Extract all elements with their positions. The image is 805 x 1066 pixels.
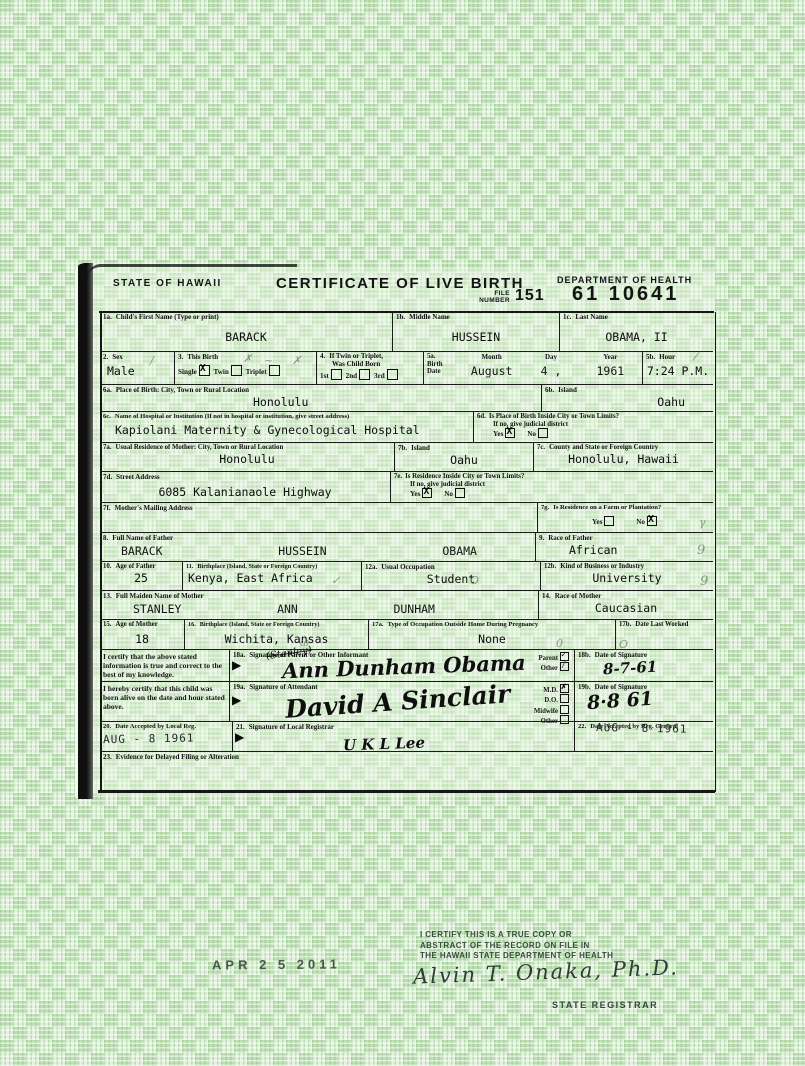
field-number: 5b. bbox=[646, 353, 655, 361]
field-number: 23. bbox=[103, 753, 112, 761]
field-number: 7f. bbox=[103, 504, 111, 512]
checkbox-single: X bbox=[199, 365, 210, 376]
father-industry-value: University bbox=[544, 571, 710, 585]
middle-name-value: HUSSEIN bbox=[396, 330, 556, 344]
mother-occupation-value: None bbox=[372, 632, 612, 646]
local-registrar-signature: U K L Lee bbox=[343, 734, 426, 755]
island-7b-value: Oahu bbox=[398, 453, 530, 467]
binding-edge bbox=[75, 263, 93, 799]
pencil-mark: / bbox=[150, 354, 154, 367]
island-value: Oahu bbox=[545, 395, 710, 409]
field-number: 10. bbox=[103, 563, 112, 570]
row-place-of-birth: 6a.Place of Birth: City, Town or Rural L… bbox=[100, 385, 713, 412]
checkbox-yes-7e: X bbox=[422, 488, 432, 498]
other-label: Other bbox=[541, 665, 558, 672]
row-mother-residence: 7a.Usual Residence of Mother: City, Town… bbox=[100, 443, 713, 472]
field-mailing-address: 7f.Mother's Mailing Address bbox=[100, 503, 538, 532]
row-street-address: 7d.Street Address 6085 Kalanianaole High… bbox=[100, 472, 713, 503]
checkbox-other-18: ∕ bbox=[560, 662, 569, 671]
hospital-value: Kapiolani Maternity & Gynecological Hosp… bbox=[103, 423, 470, 437]
field-label: Signature of Local Registrar bbox=[249, 723, 334, 731]
other-mark: ∕ bbox=[561, 660, 566, 670]
local-reg-date-stamp: AUG - 8 1961 bbox=[103, 731, 229, 746]
year-header: Year bbox=[581, 353, 640, 361]
reg-general-date-stamp: AUG - 8 1961 bbox=[596, 721, 710, 736]
field-number: 7c. bbox=[537, 444, 545, 451]
field-number: 1c. bbox=[563, 313, 571, 321]
field-label: Evidence for Delayed Filing or Alteratio… bbox=[116, 753, 239, 761]
field-number: 7d. bbox=[103, 473, 112, 481]
field-label: Age of Mother bbox=[116, 621, 158, 628]
md-mark: ✗ bbox=[561, 682, 566, 692]
field-number: 7a. bbox=[103, 444, 112, 451]
first-name-value: BARACK bbox=[103, 330, 389, 344]
field-county-state: 7c.County and State or Foreign Country H… bbox=[534, 443, 713, 471]
field-father-race: 9.Race of Father African bbox=[536, 533, 713, 561]
field-number: 1b. bbox=[396, 313, 405, 321]
row-father-details: 10.Age of Father 25 11.Birthplace (Islan… bbox=[100, 562, 713, 591]
parent-label: Parent bbox=[538, 655, 558, 662]
row-delayed-filing: 23.Evidence for Delayed Filing or Altera… bbox=[100, 752, 713, 791]
field-number: 4. bbox=[320, 352, 325, 360]
sex-value: Male bbox=[103, 364, 171, 378]
field-reg-general-date: 22.Date Accepted by Reg. General AUG - 8… bbox=[575, 722, 713, 751]
certify-line-1: I CERTIFY THIS IS A TRUE COPY OR bbox=[420, 930, 613, 941]
triplet-label: Triplet bbox=[246, 368, 267, 376]
field-label: Mother's Mailing Address bbox=[115, 504, 193, 512]
field-informant-signature: 18a.Signature of Parent or Other Informa… bbox=[230, 650, 575, 681]
midwife-label: Midwife bbox=[534, 708, 558, 715]
pencil-mark: ✓ bbox=[331, 574, 340, 587]
field-label: Is Residence Inside City or Town Limits? bbox=[405, 473, 524, 480]
field-label: Street Address bbox=[116, 473, 160, 481]
pencil-mark: 0 bbox=[556, 637, 563, 650]
field-label: Race of Father bbox=[548, 534, 592, 542]
pencil-mark: ✗ bbox=[292, 354, 301, 367]
father-occupation-value: Student bbox=[365, 572, 537, 586]
month-header: Month bbox=[462, 353, 521, 361]
field-mother-residence: 7a.Usual Residence of Mother: City, Town… bbox=[100, 443, 395, 471]
field-mother-occupation: 17a.Type of Occupation Outside Home Duri… bbox=[369, 620, 616, 649]
field-label-2: If no, give judicial district bbox=[410, 481, 485, 488]
field-number: 14. bbox=[542, 592, 551, 600]
field-label-2: If no, give judicial district bbox=[493, 421, 568, 428]
field-father-name: 8.Full Name of Father BARACK HUSSEIN OBA… bbox=[100, 533, 536, 561]
field-number: 20. bbox=[103, 723, 111, 730]
field-number: 12b. bbox=[544, 563, 556, 570]
april-date-stamp: APR 2 5 2011 bbox=[212, 956, 341, 972]
father-race-value: African bbox=[539, 543, 710, 557]
field-hospital: 6c.Name of Hospital or Institution (If n… bbox=[100, 412, 474, 442]
field-number: 1a. bbox=[103, 313, 112, 321]
father-middle: HUSSEIN bbox=[278, 544, 326, 558]
row-sex-birth: 2.Sex Male 3.This Birth SingleX Twin Tri… bbox=[100, 352, 713, 385]
checkbox-md: ✗ bbox=[560, 684, 569, 693]
checkbox-yes-7g bbox=[604, 516, 614, 526]
field-number: 5a. bbox=[427, 353, 436, 360]
certify-line-2: ABSTRACT OF THE RECORD ON FILE IN bbox=[420, 941, 613, 952]
field-label: Is Residence on a Farm or Plantation? bbox=[553, 504, 661, 511]
yes-mark: X bbox=[423, 486, 429, 497]
first-label: 1st bbox=[320, 372, 329, 380]
single-label: Single bbox=[178, 368, 197, 376]
field-number: 6a. bbox=[103, 386, 112, 394]
row-mother-name: 13.Full Maiden Name of Mother STANLEY AN… bbox=[100, 591, 713, 620]
mother-middle: ANN bbox=[277, 602, 298, 616]
certification-statement: I CERTIFY THIS IS A TRUE COPY OR ABSTRAC… bbox=[420, 930, 613, 962]
field-label: Full Name of Father bbox=[112, 534, 173, 542]
day-header: Day bbox=[521, 353, 580, 361]
mother-residence-value: Honolulu bbox=[103, 452, 391, 466]
field-mother-race: 14.Race of Mother Caucasian bbox=[539, 591, 713, 619]
field-number: 3. bbox=[178, 353, 183, 361]
field-number: 17a. bbox=[372, 621, 384, 628]
field-label: If Twin or Triplet, bbox=[329, 352, 383, 360]
field-number: 8. bbox=[103, 534, 108, 542]
field-label: Birth bbox=[427, 361, 442, 368]
pencil-mark: 9 bbox=[697, 543, 705, 558]
file-number-label: FILE NUMBER bbox=[478, 290, 510, 304]
arrow-marker-icon: ▶ bbox=[232, 694, 241, 706]
certify-statement-19: I hereby certify that this child was bor… bbox=[100, 682, 230, 721]
field-label: County and State or Foreign Country bbox=[549, 444, 658, 451]
row-hospital: 6c.Name of Hospital or Institution (If n… bbox=[100, 412, 713, 443]
field-label: Usual Residence of Mother: City, Town or… bbox=[116, 444, 284, 451]
mother-maiden: DUNHAM bbox=[393, 602, 435, 616]
certificate-number: 61 10641 bbox=[572, 283, 679, 306]
field-label: Usual Occupation bbox=[381, 563, 434, 571]
yes-label: Yes bbox=[493, 430, 503, 438]
field-attendant-signature: 19a.Signature of Attendant ▶ David A Sin… bbox=[230, 682, 575, 721]
md-label: M.D. bbox=[543, 687, 558, 694]
field-farm-plantation: 7g.Is Residence on a Farm or Plantation?… bbox=[538, 503, 713, 532]
do-label: D.O. bbox=[544, 697, 558, 704]
field-label: Name of Hospital or Institution (If not … bbox=[115, 413, 349, 420]
field-date-last-worked: 17b.Date Last Worked bbox=[616, 620, 713, 649]
field-label: Signature of Attendant bbox=[249, 683, 317, 691]
mother-first: STANLEY bbox=[133, 602, 181, 616]
no-label: No bbox=[444, 490, 453, 498]
field-number: 7g. bbox=[541, 504, 549, 511]
row-child-name: 1a.Child's First Name (Type or print) BA… bbox=[100, 312, 713, 352]
checkbox-3rd bbox=[387, 369, 398, 380]
field-mother-birthplace: 16.Birthplace (Island, State or Foreign … bbox=[185, 620, 369, 649]
row-informant-signature: I certify that the above stated informat… bbox=[100, 650, 713, 682]
checkbox-do bbox=[560, 694, 569, 703]
field-label: Type of Occupation Outside Home During P… bbox=[388, 621, 539, 628]
attendant-date-value: 8·8 61 bbox=[586, 688, 653, 715]
checkbox-no-7e bbox=[455, 488, 465, 498]
checkbox-midwife bbox=[560, 705, 569, 714]
row-father-name: 8.Full Name of Father BARACK HUSSEIN OBA… bbox=[100, 533, 713, 562]
field-label: Island bbox=[558, 386, 577, 394]
no-label: No bbox=[636, 518, 645, 526]
field-mother-age: 15.Age of Mother 18 bbox=[100, 620, 185, 649]
month-value: August bbox=[462, 364, 521, 378]
county-state-value: Honolulu, Hawaii bbox=[537, 452, 710, 466]
field-number: 17b. bbox=[619, 621, 631, 628]
field-label: Hour bbox=[659, 353, 675, 361]
field-label: Date Accepted by Local Reg. bbox=[115, 723, 196, 730]
field-middle-name: 1b.Middle Name HUSSEIN bbox=[393, 312, 560, 351]
yes-label: Yes bbox=[592, 518, 602, 526]
field-label-2: Date bbox=[427, 368, 441, 375]
street-address-value: 6085 Kalanianaole Highway bbox=[103, 485, 387, 499]
no-label: No bbox=[527, 430, 536, 438]
third-label: 3rd bbox=[374, 372, 385, 380]
field-street-address: 7d.Street Address 6085 Kalanianaole High… bbox=[100, 472, 391, 502]
field-last-name: 1c.Last Name OBAMA, II bbox=[560, 312, 713, 351]
checkbox-2nd bbox=[359, 369, 370, 380]
field-birth-date: 5a.BirthDate Month Day Year August 4 , 1… bbox=[424, 352, 643, 384]
field-label: Kind of Business or Industry bbox=[560, 563, 644, 570]
field-informant-date: 18b.Date of Signature 8-7-61 bbox=[575, 650, 713, 681]
pencil-mark: O bbox=[619, 638, 628, 651]
arrow-marker-icon: ▶ bbox=[235, 731, 244, 743]
mother-birthplace-value: Wichita, Kansas bbox=[188, 632, 365, 646]
field-number: 11. bbox=[186, 563, 193, 570]
second-label: 2nd bbox=[346, 372, 358, 380]
field-island-6b: 6b.Island Oahu bbox=[542, 385, 713, 411]
file-number-value: 151 bbox=[515, 287, 545, 305]
field-label: Last Name bbox=[575, 313, 607, 321]
pencil-mark: ~ bbox=[264, 354, 273, 367]
field-father-occupation: 12a.Usual Occupation Student bbox=[362, 562, 541, 590]
field-label: Race of Mother bbox=[555, 592, 602, 600]
field-number: 18b. bbox=[578, 651, 591, 659]
bottom-rule bbox=[98, 790, 715, 793]
field-island-7b: 7b.Island Oahu bbox=[395, 443, 534, 471]
scanned-page: STATE OF HAWAII CERTIFICATE OF LIVE BIRT… bbox=[0, 0, 805, 1066]
pencil-mark: ω bbox=[300, 636, 309, 649]
field-label: Birthplace (Island, State or Foreign Cou… bbox=[197, 563, 317, 570]
twin-label: Twin bbox=[213, 368, 228, 376]
pencil-mark: ✗ bbox=[243, 352, 252, 365]
field-number: 19b. bbox=[578, 683, 591, 691]
pencil-mark: γ bbox=[699, 516, 706, 529]
row-registrar: 20.Date Accepted by Local Reg. AUG - 8 1… bbox=[100, 722, 713, 752]
informant-date-value: 8-7-61 bbox=[603, 658, 658, 679]
parent-mark: ✓ bbox=[561, 650, 566, 660]
field-number: 12a. bbox=[365, 563, 377, 571]
field-label: Sex bbox=[112, 353, 123, 361]
field-number: 19a. bbox=[233, 683, 245, 691]
field-number: 2. bbox=[103, 353, 108, 361]
row-mailing-address: 7f.Mother's Mailing Address 7g.Is Reside… bbox=[100, 503, 713, 533]
day-value: 4 , bbox=[521, 364, 580, 378]
last-name-value: OBAMA, II bbox=[563, 330, 710, 344]
field-label: Is Place of Birth Inside City or Town Li… bbox=[489, 413, 619, 420]
field-sex: 2.Sex Male bbox=[100, 352, 175, 384]
field-number: 22. bbox=[578, 723, 586, 730]
field-father-industry: 12b.Kind of Business or Industry Univers… bbox=[541, 562, 713, 590]
yes-mark: X bbox=[506, 426, 512, 437]
pencil-mark: 9 bbox=[700, 574, 708, 589]
field-place-of-birth: 6a.Place of Birth: City, Town or Rural L… bbox=[100, 385, 542, 411]
field-number: 16. bbox=[188, 621, 196, 628]
field-label: Child's First Name (Type or print) bbox=[116, 313, 219, 321]
field-local-reg-date: 20.Date Accepted by Local Reg. AUG - 8 1… bbox=[100, 722, 233, 751]
field-label: Place of Birth: City, Town or Rural Loca… bbox=[116, 386, 249, 394]
field-local-registrar-signature: 21.Signature of Local Registrar ▶ U K L … bbox=[233, 722, 575, 751]
field-label: Middle Name bbox=[409, 313, 450, 321]
field-residence-city-limits: 7e.Is Residence Inside City or Town Limi… bbox=[391, 472, 713, 502]
certify-statement-18: I certify that the above stated informat… bbox=[100, 650, 230, 681]
checkbox-1st bbox=[331, 369, 342, 380]
place-of-birth-value: Honolulu bbox=[103, 395, 538, 409]
field-number: 7b. bbox=[398, 444, 407, 452]
checkbox-twin bbox=[231, 365, 242, 376]
field-number: 9. bbox=[539, 534, 544, 542]
field-delayed-filing: 23.Evidence for Delayed Filing or Altera… bbox=[100, 752, 713, 791]
single-mark: X bbox=[200, 363, 206, 374]
field-label: Birthplace (Island, State or Foreign Cou… bbox=[200, 621, 320, 628]
father-last: OBAMA bbox=[442, 544, 477, 558]
number-word: NUMBER bbox=[479, 297, 510, 304]
year-value: 1961 bbox=[581, 364, 640, 378]
field-mother-name: 13.Full Maiden Name of Mother STANLEY AN… bbox=[100, 591, 539, 619]
field-first-name: 1a.Child's First Name (Type or print) BA… bbox=[100, 312, 393, 351]
hour-value: 7:24 P.M. bbox=[646, 364, 710, 378]
field-number: 13. bbox=[103, 592, 112, 600]
field-number: 15. bbox=[103, 621, 112, 628]
father-first: BARACK bbox=[121, 544, 163, 558]
no-mark: X bbox=[648, 514, 654, 525]
field-label-2: Was Child Born bbox=[332, 360, 380, 368]
mother-race-value: Caucasian bbox=[542, 601, 710, 615]
field-label: Date Last Worked bbox=[635, 621, 688, 628]
checkbox-yes-6d: X bbox=[505, 428, 515, 438]
field-number: 6c. bbox=[103, 413, 111, 420]
file-word: FILE bbox=[494, 290, 510, 297]
row-attendant-signature: I hereby certify that this child was bor… bbox=[100, 682, 713, 722]
field-father-age: 10.Age of Father 25 bbox=[100, 562, 183, 590]
arrow-marker-icon: ▶ bbox=[232, 659, 241, 671]
field-number: 6b. bbox=[545, 386, 554, 394]
field-birth-city-limits: 6d.Is Place of Birth Inside City or Town… bbox=[474, 412, 713, 442]
birth-certificate: STATE OF HAWAII CERTIFICATE OF LIVE BIRT… bbox=[85, 268, 715, 795]
mother-age-value: 18 bbox=[103, 632, 181, 646]
field-label: Age of Father bbox=[116, 563, 156, 570]
pencil-mark: O bbox=[470, 574, 479, 587]
field-number: 6d. bbox=[477, 413, 486, 420]
field-label: Island bbox=[411, 444, 430, 452]
checkbox-no-6d bbox=[538, 428, 548, 438]
state-registrar-title: STATE REGISTRAR bbox=[552, 1000, 658, 1010]
field-number: 7e. bbox=[394, 473, 402, 480]
father-age-value: 25 bbox=[103, 571, 179, 585]
field-label: Full Maiden Name of Mother bbox=[116, 592, 204, 600]
field-twin-order: 4.If Twin or Triplet,Was Child Born 1st … bbox=[317, 352, 424, 384]
yes-label: Yes bbox=[410, 490, 420, 498]
field-attendant-date: 19b.Date of Signature 8·8 61 bbox=[575, 682, 713, 721]
checkbox-no-7g: X bbox=[647, 516, 657, 526]
field-hour: 5b.Hour 7:24 P.M. bbox=[643, 352, 713, 384]
field-label: This Birth bbox=[187, 353, 218, 361]
